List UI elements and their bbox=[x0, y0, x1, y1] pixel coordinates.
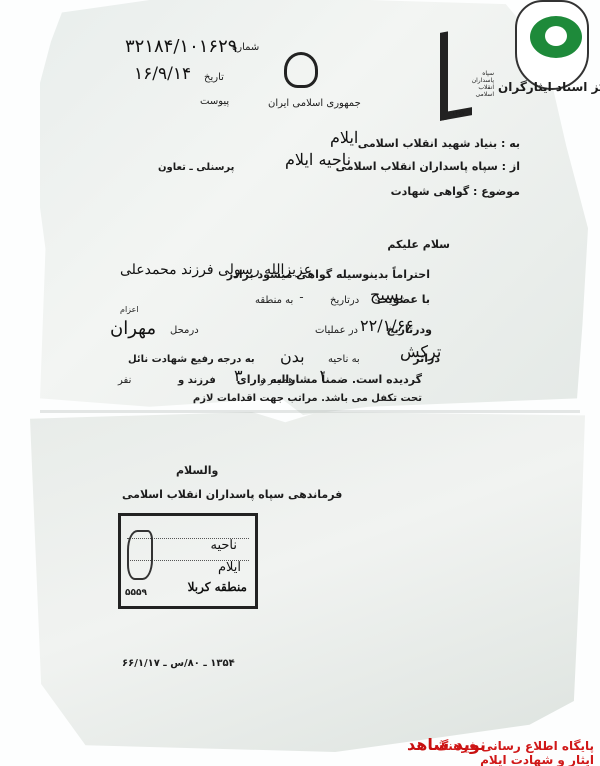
body-area-handwritten: بدن bbox=[280, 347, 305, 366]
spouse-count: ۱ bbox=[318, 366, 327, 385]
spouse-label: همسر و bbox=[260, 375, 294, 386]
body-line-2-dash: ـ bbox=[300, 290, 303, 301]
valediction: والسلام bbox=[176, 464, 218, 477]
stamp-number: ۵۵۵۹ bbox=[125, 588, 147, 598]
cause-handwritten: ترکش bbox=[400, 342, 441, 361]
archive-watermark: مرکز اسناد ایثارگران bbox=[498, 80, 600, 94]
emblem-caption: جمهوری اسلامی ایران bbox=[268, 98, 361, 109]
banner-text: پایگاه اطلاع رسانی فرهنگ ایثار و شهادت ا… bbox=[407, 739, 594, 766]
children-count: ۳ bbox=[234, 366, 243, 385]
martyrdom-date: ۲۲/۱/۶۶ bbox=[360, 316, 414, 335]
fold-crease bbox=[40, 410, 580, 413]
number-value: ۳۲۱۸۴/۱۰۱۶۲۹ bbox=[125, 36, 237, 57]
from-line: از : سپاه پاسداران انقلاب اسلامی bbox=[336, 160, 520, 173]
paper-lower-half bbox=[30, 412, 585, 752]
date-label: تاریخ bbox=[204, 72, 224, 83]
stamp-line-3: منطقه کربلا bbox=[188, 580, 247, 594]
to-line: به : بنیاد شهید انقلاب اسلامی bbox=[358, 137, 520, 150]
body-line-2-end: اعزام bbox=[120, 305, 139, 314]
irgc-year: ۱۳۵۷ bbox=[452, 110, 465, 117]
subject-line: موضوع : گواهی شهادت bbox=[391, 185, 520, 198]
body-area-label: به ناحیه bbox=[328, 354, 360, 365]
stamp-line-1: ناحیه bbox=[210, 538, 237, 553]
body-line-2-region: به منطقه bbox=[255, 295, 293, 306]
operation-label: در عملیات bbox=[315, 325, 358, 336]
body-line-4-end: به درجه رفیع شهادت نائل bbox=[128, 354, 255, 365]
scanned-document: شماره ۳۲۱۸۴/۱۰۱۶۲۹ تاریخ ۱۶/۹/۱۴ پیوست ج… bbox=[0, 0, 600, 766]
greeting: سلام علیکم bbox=[387, 238, 450, 251]
to-handwritten: ایلام bbox=[330, 128, 358, 147]
signatory: فرماندهی سپاه پاسداران انقلاب اسلامی bbox=[122, 488, 342, 501]
children-label: فرزند و bbox=[178, 375, 216, 386]
irgc-caption: سپاه پاسداران انقلاب اسلامی bbox=[468, 70, 494, 98]
form-code: ۱۳۵۴ ـ ۸۰/س ـ ۶۶/۱/۱۷ bbox=[122, 658, 235, 669]
location-label: درمحل bbox=[170, 325, 199, 336]
irgc-seal-icon bbox=[127, 530, 153, 580]
official-stamp: ناحیه ایلام منطقه کربلا ۵۵۵۹ bbox=[118, 513, 258, 609]
body-line-5-end: نفر bbox=[118, 375, 131, 386]
from-handwritten: ناحیه ایلام bbox=[285, 150, 351, 169]
attachment-label: پیوست bbox=[200, 96, 229, 107]
body-line-6: تحت تکفل می باشد. مراتب جهت اقدامات لازم bbox=[193, 393, 422, 404]
navid-shahed-banner: نوید شاهد پایگاه اطلاع رسانی فرهنگ ایثار… bbox=[407, 735, 600, 759]
stamp-line-2: ایلام bbox=[218, 560, 241, 575]
martyr-name-handwritten: عزیزالله رسولی فرزند محمدعلی bbox=[120, 262, 312, 278]
location-handwritten: مهران bbox=[110, 318, 156, 339]
iran-emblem-icon bbox=[284, 52, 318, 88]
department: پرسنلی ـ تعاون bbox=[158, 162, 234, 173]
membership-handwritten: بسیج bbox=[370, 285, 404, 304]
logo-inner-shape bbox=[545, 26, 567, 46]
body-line-2-date-label: درتاریخ bbox=[330, 295, 359, 306]
date-value: ۱۶/۹/۱۴ bbox=[134, 64, 191, 84]
